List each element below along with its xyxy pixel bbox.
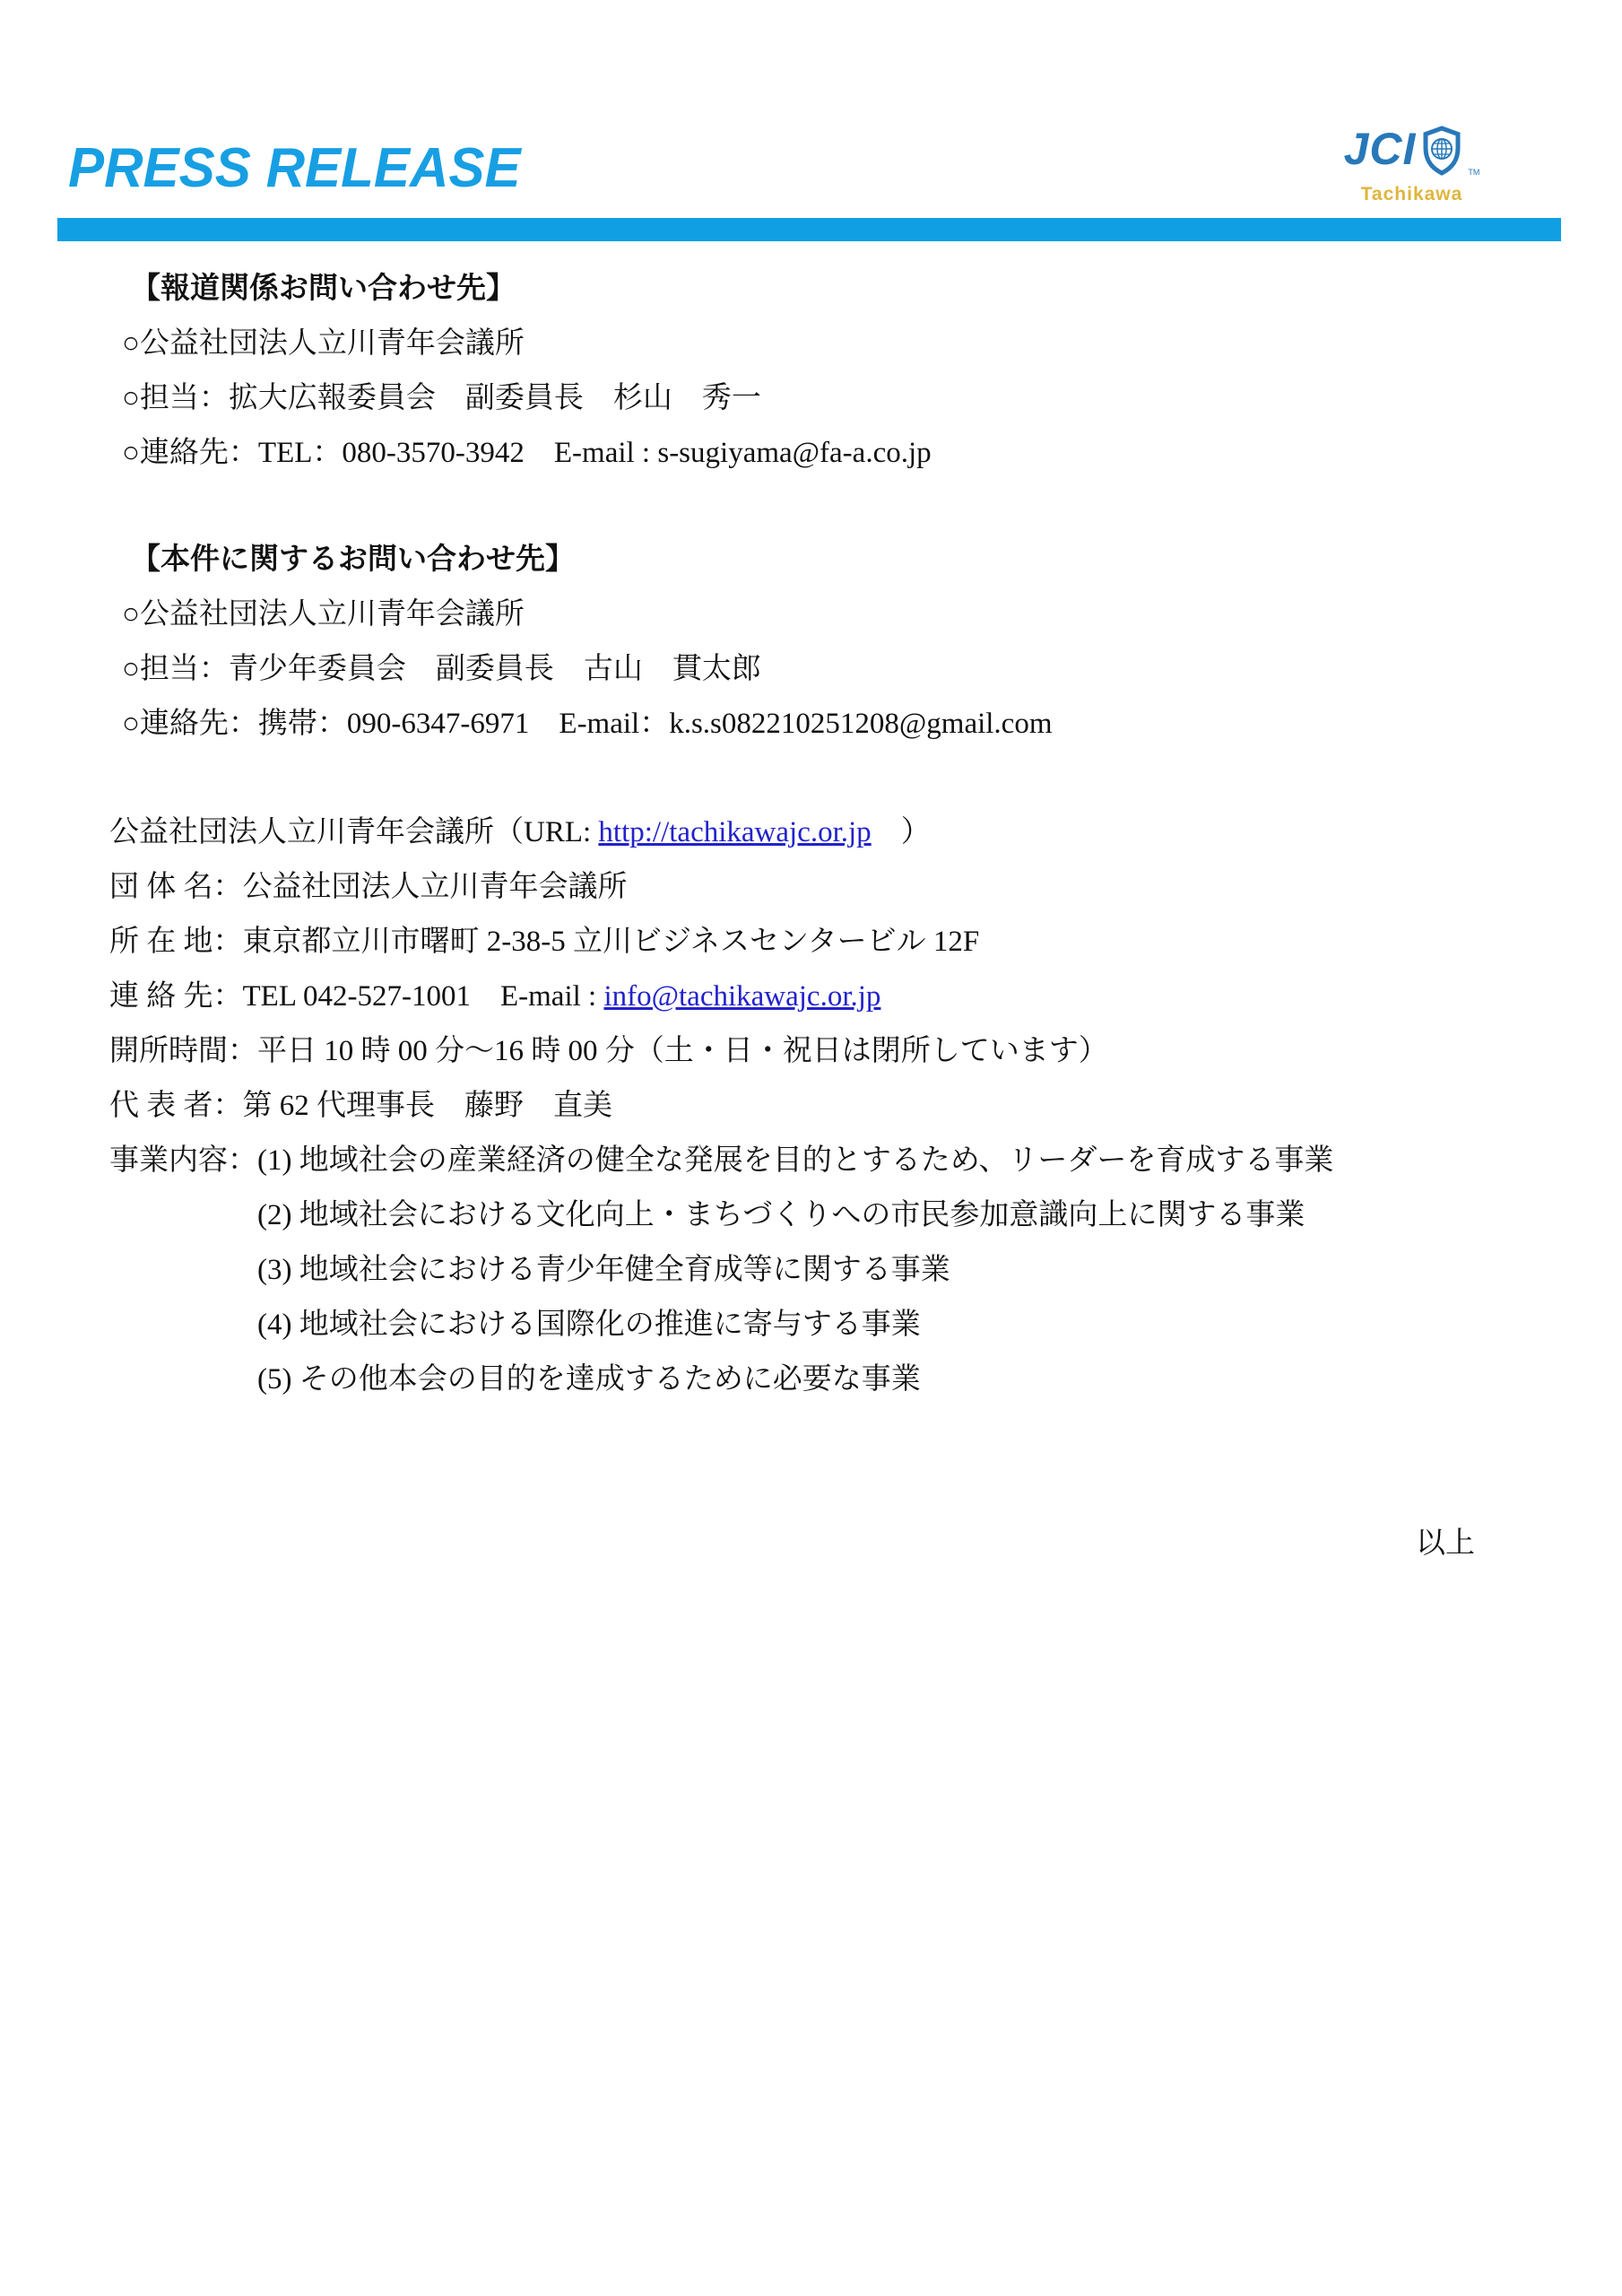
org-hours-label: 開所時間： [109,1035,257,1067]
org-email-link[interactable]: info@tachikawajc.or.jp [603,980,880,1013]
matter-contact-org-line: ○公益社団法人立川青年会議所 [0,587,1622,642]
matter-contact-tel-line: ○連絡先：携帯：090-6347-6971 E-mail：k.s.s082210… [0,697,1622,752]
org-hours-row: 開所時間：平日 10 時 00 分～16 時 00 分（土・日・祝日は閉所してい… [0,1024,1622,1079]
jci-logo-text: JCI [1344,124,1417,174]
logo-row: JCI TM [1333,124,1490,180]
org-representative-label: 代 表 者： [109,1090,243,1122]
page-title: PRESS RELEASE [68,136,521,200]
business-first-row: 事業内容：(1) 地域社会の産業経済の健全な発展を目的とするため、リーダーを育成… [0,1134,1622,1188]
org-representative-value: 第 62 代理事長 藤野 直美 [243,1090,613,1122]
org-website-link[interactable]: http://tachikawajc.or.jp [598,816,871,848]
org-hours-value: 平日 10 時 00 分～16 時 00 分（土・日・祝日は閉所しています） [257,1035,1108,1067]
business-item-4: (4) 地域社会における国際化の推進に寄与する事業 [0,1298,1622,1352]
business-item-2: (2) 地域社会における文化向上・まちづくりへの市民参加意識向上に関する事業 [0,1188,1622,1243]
logo-subtitle: Tachikawa [1333,184,1490,205]
org-contact-row: 連 絡 先：TEL 042-527-1001 E-mail : info@tac… [0,970,1622,1024]
org-name-label: 団 体 名： [109,871,243,903]
org-url-prefix: 公益社団法人立川青年会議所（URL: [109,816,598,848]
press-contact-org-line: ○公益社団法人立川青年会議所 [0,317,1622,371]
press-contact-tel-line: ○連絡先：TEL：080-3570-3942 E-mail : s-sugiya… [0,426,1622,481]
business-item-1: (1) 地域社会の産業経済の健全な発展を目的とするため、リーダーを育成する事業 [257,1144,1333,1177]
press-release-page: PRESS RELEASE JCI TM Tachikawa 【報道関係お [0,0,1622,2296]
org-address-value: 東京都立川市曙町 2-38-5 立川ビジネスセンタービル 12F [243,926,980,958]
business-item-3: (3) 地域社会における青少年健全育成等に関する事業 [0,1243,1622,1298]
matter-contact-person-line: ○担当：青少年委員会 副委員長 古山 貫太郎 [0,642,1622,697]
org-contact-label: 連 絡 先： [109,980,243,1013]
header-accent-bar [57,218,1561,241]
closing-text: 以上 [0,1517,1622,1571]
matter-contact-heading: 【本件に関するお問い合わせ先】 [0,533,1622,587]
jci-tachikawa-logo: JCI TM Tachikawa [1333,124,1490,205]
org-name-value: 公益社団法人立川青年会議所 [243,871,628,903]
trademark-symbol: TM [1468,168,1479,177]
org-name-row: 団 体 名：公益社団法人立川青年会議所 [0,860,1622,915]
org-address-label: 所 在 地： [109,926,243,958]
document-body: 【報道関係お問い合わせ先】 ○公益社団法人立川青年会議所 ○担当：拡大広報委員会… [0,262,1622,1571]
org-contact-value: TEL 042-527-1001 E-mail : [243,980,604,1013]
org-url-line: 公益社団法人立川青年会議所（URL: http://tachikawajc.or… [0,805,1622,860]
business-label: 事業内容： [109,1144,257,1177]
press-contact-person-line: ○担当：拡大広報委員会 副委員長 杉山 秀一 [0,371,1622,426]
press-contact-heading: 【報道関係お問い合わせ先】 [0,262,1622,317]
org-url-suffix: ） [872,816,931,848]
org-representative-row: 代 表 者：第 62 代理事長 藤野 直美 [0,1079,1622,1134]
business-item-5: (5) その他本会の目的を達成するために必要な事業 [0,1352,1622,1407]
org-address-row: 所 在 地：東京都立川市曙町 2-38-5 立川ビジネスセンタービル 12F [0,915,1622,970]
jci-shield-globe-icon [1421,126,1462,180]
